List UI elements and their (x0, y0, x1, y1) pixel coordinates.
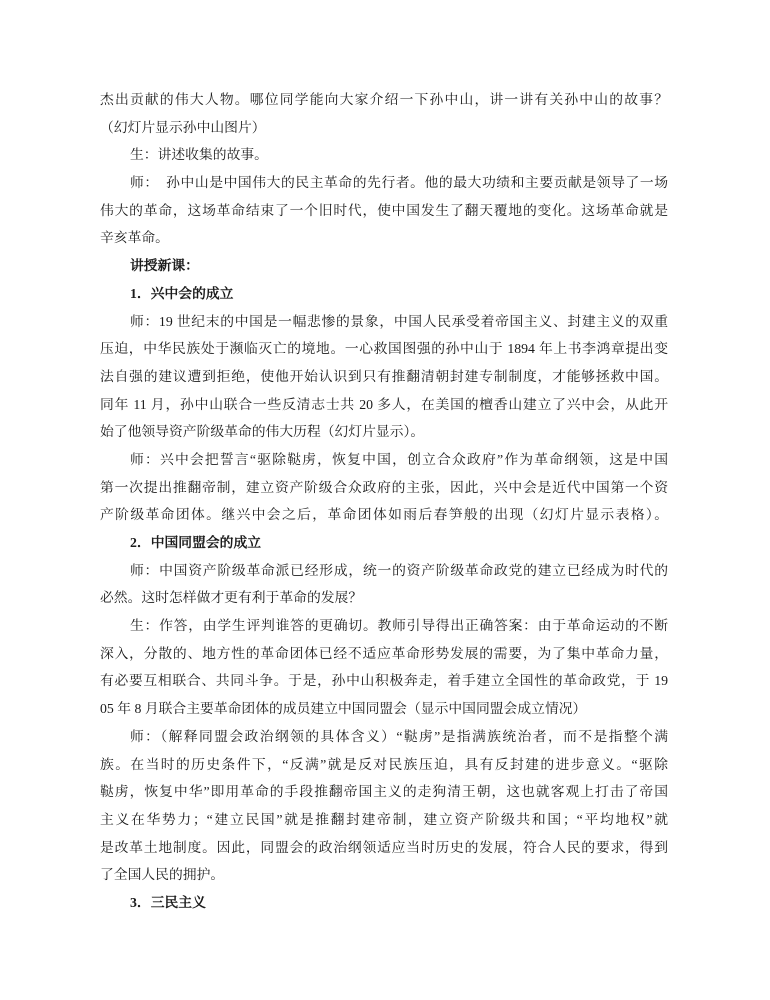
para-intro-continuation: 杰出贡献的伟大人物。哪位同学能向大家介绍一下孙中山，讲一讲有关孙中山的故事？ （… (100, 86, 668, 141)
para-teacher-xingzhonghui-founding: 师：19 世纪末的中国是一幅悲惨的景象，中国人民承受着帝国主义、封建主义的双重 … (100, 308, 668, 446)
heading-line: 2．中国同盟会的成立 (100, 529, 668, 557)
text-line: 生：讲述收集的故事。 (100, 141, 668, 169)
text-line: 05 年 8 月联合主要革命团体的成员建立中国同盟会（显示中国同盟会成立情况） (100, 695, 668, 723)
text-line: 族。在当时的历史条件下，“反满”就是反对民族压迫，具有反封建的进步意义。“驱除 (100, 751, 668, 779)
text-line: 辛亥革命。 (100, 224, 668, 252)
text-line: 同年 11 月，孙中山联合一些反清志士共 20 多人，在美国的檀香山建立了兴中会… (100, 391, 668, 419)
text-line: 产阶级革命团体。继兴中会之后，革命团体如雨后春笋般的出现（幻灯片显示表格）。 (100, 501, 668, 529)
text-line: 伟大的革命，这场革命结束了一个旧时代，使中国发生了翻天覆地的变化。这场革命就是 (100, 197, 668, 225)
text-line: 杰出贡献的伟大人物。哪位同学能向大家介绍一下孙中山，讲一讲有关孙中山的故事？ (100, 86, 668, 114)
heading-new-lesson: 讲授新课： (100, 252, 668, 280)
heading-2-tongmenghui: 2．中国同盟会的成立 (100, 529, 668, 557)
text-line: 鞑虏，恢复中华”即用革命的手段推翻帝国主义的走狗清王朝，这也就客观上打击了帝国 (100, 778, 668, 806)
heading-3-three-principles: 3．三民主义 (100, 889, 668, 917)
text-line: 主义在华势力；“建立民国”就是推翻封建帝制，建立资产阶级共和国；“平均地权”就 (100, 806, 668, 834)
text-line: 是改革土地制度。因此，同盟会的政治纲领适应当时历史的发展，符合人民的要求，得到 (100, 834, 668, 862)
text-line: （幻灯片显示孙中山图片） (100, 114, 668, 142)
text-line: 必然。这时怎样做才更有利于革命的发展？ (100, 584, 668, 612)
heading-1-xingzhonghui: 1．兴中会的成立 (100, 280, 668, 308)
text-line: 师： 孙中山是中国伟大的民主革命的先行者。他的最大功绩和主要贡献是领导了一场 (100, 169, 668, 197)
text-line: 生：作答，由学生评判谁答的更确切。教师引导得出正确答案：由于革命运动的不断 (100, 612, 668, 640)
text-line: 始了他领导资产阶级革命的伟大历程（幻灯片显示）。 (100, 418, 668, 446)
text-line: 压迫，中华民族处于濒临灭亡的境地。一心救国图强的孙中山于 1894 年上书李鸿章… (100, 335, 668, 363)
text-line: 第一次提出推翻帝制，建立资产阶级合众政府的主张，因此，兴中会是近代中国第一个资 (100, 474, 668, 502)
text-line: 师：中国资产阶级革命派已经形成，统一的资产阶级革命政党的建立已经成为时代的 (100, 557, 668, 585)
para-teacher-sun-yat-sen: 师： 孙中山是中国伟大的民主革命的先行者。他的最大功绩和主要贡献是领导了一场 伟… (100, 169, 668, 252)
text-line: 师：兴中会把誓言“驱除鞑虏，恢复中国，创立合众政府”作为革命纲领，这是中国 (100, 446, 668, 474)
document-page: 杰出贡献的伟大人物。哪位同学能向大家介绍一下孙中山，讲一讲有关孙中山的故事？ （… (100, 86, 668, 917)
para-student-story: 生：讲述收集的故事。 (100, 141, 668, 169)
heading-line: 1．兴中会的成立 (100, 280, 668, 308)
para-teacher-xingzhonghui-program: 师：兴中会把誓言“驱除鞑虏，恢复中国，创立合众政府”作为革命纲领，这是中国 第一… (100, 446, 668, 529)
text-line: 深入，分散的、地方性的革命团体已经不适应革命形势发展的需要，为了集中革命力量， (100, 640, 668, 668)
para-teacher-program-explanation: 师：（解释同盟会政治纲领的具体含义）“鞑虏”是指满族统治者，而不是指整个满 族。… (100, 723, 668, 889)
para-teacher-tongmenghui-question: 师：中国资产阶级革命派已经形成，统一的资产阶级革命政党的建立已经成为时代的 必然… (100, 557, 668, 612)
text-line: 师：（解释同盟会政治纲领的具体含义）“鞑虏”是指满族统治者，而不是指整个满 (100, 723, 668, 751)
heading-line: 3．三民主义 (100, 889, 668, 917)
text-line: 有必要互相联合、共同斗争。于是，孙中山积极奔走，着手建立全国性的革命政党，于 1… (100, 667, 668, 695)
text-line: 法自强的建议遭到拒绝，使他开始认识到只有推翻清朝封建专制制度，才能够拯救中国。 (100, 363, 668, 391)
heading-line: 讲授新课： (100, 252, 668, 280)
para-student-answer: 生：作答，由学生评判谁答的更确切。教师引导得出正确答案：由于革命运动的不断 深入… (100, 612, 668, 723)
text-line: 了全国人民的拥护。 (100, 861, 668, 889)
text-line: 师：19 世纪末的中国是一幅悲惨的景象，中国人民承受着帝国主义、封建主义的双重 (100, 308, 668, 336)
